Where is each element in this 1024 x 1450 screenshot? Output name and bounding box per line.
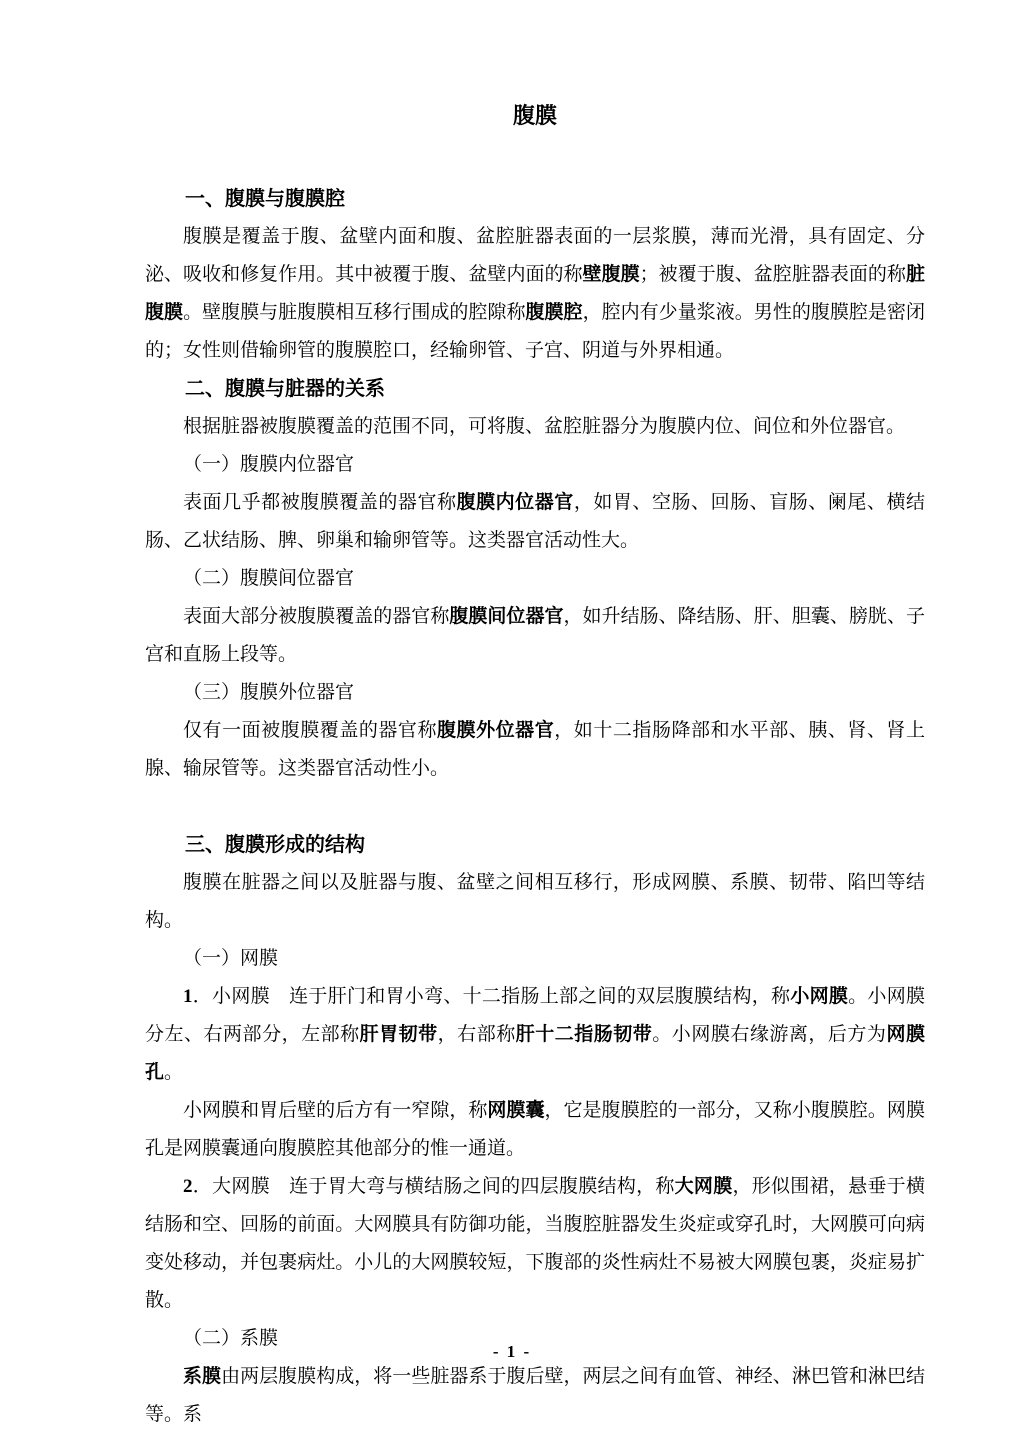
bold-term: 腹膜内位器官 [457, 492, 574, 513]
paragraph: 小网膜和胃后壁的后方有一窄隙，称网膜囊，它是腹膜腔的一部分，又称小腹膜腔。网膜孔… [145, 1092, 925, 1168]
bold-term: 壁腹膜 [583, 264, 640, 285]
bold-term: 腹膜间位器官 [449, 606, 563, 627]
bold-term: 腹膜外位器官 [437, 720, 554, 741]
bold-term: 小网膜 [790, 986, 848, 1007]
text-run: 。壁腹膜与脏腹膜相互移行围成的腔隙称 [183, 302, 525, 323]
text-run: 腹膜在脏器之间以及脏器与腹、盆壁之间相互移行，形成网膜、系膜、韧带、陷凹等结构。 [145, 872, 925, 931]
bold-term: 二、腹膜与脏器的关系 [185, 378, 385, 400]
paragraph: （三）腹膜外位器官 [145, 674, 925, 712]
paragraph: 表面几乎都被腹膜覆盖的器官称腹膜内位器官，如胃、空肠、回肠、盲肠、阑尾、横结肠、… [145, 484, 925, 560]
text-run: 。小网膜右缘游离，后方为 [652, 1024, 886, 1045]
bold-term: 一、腹膜与腹膜腔 [185, 188, 345, 210]
bold-term: 1 [183, 986, 193, 1007]
blank-line [145, 142, 925, 180]
text-run: （一）腹膜内位器官 [183, 454, 354, 475]
doc-title: 腹膜 [145, 97, 925, 135]
bold-term: 大网膜 [675, 1176, 733, 1197]
bold-term: 肝胃韧带 [360, 1024, 438, 1045]
bold-term: 肝十二指肠韧带 [516, 1024, 653, 1045]
section-heading: 二、腹膜与脏器的关系 [145, 370, 925, 408]
paragraph: 2．大网膜 连于胃大弯与横结肠之间的四层腹膜结构，称大网膜，形似围裙，悬垂于横结… [145, 1168, 925, 1320]
text-run: 。 [164, 1062, 183, 1083]
blank-line [145, 788, 925, 826]
section-heading: 三、腹膜形成的结构 [145, 826, 925, 864]
paragraph: （二）腹膜间位器官 [145, 560, 925, 598]
bold-term: 三、腹膜形成的结构 [185, 834, 365, 856]
paragraph: 根据脏器被腹膜覆盖的范围不同，可将腹、盆腔脏器分为腹膜内位、间位和外位器官。 [145, 408, 925, 446]
text-run: （二）腹膜间位器官 [183, 568, 354, 589]
text-run: 表面几乎都被腹膜覆盖的器官称 [183, 492, 457, 513]
text-run: （一）网膜 [183, 948, 278, 969]
document-body: 腹膜一、腹膜与腹膜腔腹膜是覆盖于腹、盆壁内面和腹、盆腔脏器表面的一层浆膜，薄而光… [145, 97, 925, 1434]
document-page: 腹膜一、腹膜与腹膜腔腹膜是覆盖于腹、盆壁内面和腹、盆腔脏器表面的一层浆膜，薄而光… [0, 0, 1024, 1450]
text-run: 根据脏器被腹膜覆盖的范围不同，可将腹、盆腔脏器分为腹膜内位、间位和外位器官。 [183, 416, 905, 437]
paragraph: 仅有一面被腹膜覆盖的器官称腹膜外位器官，如十二指肠降部和水平部、胰、肾、肾上腺、… [145, 712, 925, 788]
paragraph: （一）网膜 [145, 940, 925, 978]
bold-term: 腹膜腔 [526, 302, 583, 323]
bold-term: 2 [183, 1176, 193, 1197]
page-number: - 1 - [0, 1342, 1024, 1362]
text-run: 由两层腹膜构成，将一些脏器系于腹后壁，两层之间有血管、神经、淋巴管和淋巴结等。系 [145, 1366, 925, 1425]
paragraph: （一）腹膜内位器官 [145, 446, 925, 484]
text-run: ．小网膜 连于肝门和胃小弯、十二指肠上部之间的双层腹膜结构，称 [193, 986, 791, 1007]
section-heading: 一、腹膜与腹膜腔 [145, 180, 925, 218]
bold-term: 腹膜 [513, 103, 557, 128]
text-run: 仅有一面被腹膜覆盖的器官称 [183, 720, 437, 741]
bold-term: 系膜 [183, 1366, 221, 1387]
text-run: ；被覆于腹、盆腔脏器表面的称 [640, 264, 906, 285]
text-run: 表面大部分被腹膜覆盖的器官称 [183, 606, 449, 627]
paragraph: 腹膜是覆盖于腹、盆壁内面和腹、盆腔脏器表面的一层浆膜，薄而光滑，具有固定、分泌、… [145, 218, 925, 370]
text-run: ，右部称 [438, 1024, 516, 1045]
text-run: （三）腹膜外位器官 [183, 682, 354, 703]
text-run: ．大网膜 连于胃大弯与横结肠之间的四层腹膜结构，称 [193, 1176, 675, 1197]
bold-term: 网膜囊 [487, 1100, 544, 1121]
paragraph: 1．小网膜 连于肝门和胃小弯、十二指肠上部之间的双层腹膜结构，称小网膜。小网膜分… [145, 978, 925, 1092]
text-run: 小网膜和胃后壁的后方有一窄隙，称 [183, 1100, 487, 1121]
paragraph: 表面大部分被腹膜覆盖的器官称腹膜间位器官，如升结肠、降结肠、肝、胆囊、膀胱、子宫… [145, 598, 925, 674]
paragraph: 腹膜在脏器之间以及脏器与腹、盆壁之间相互移行，形成网膜、系膜、韧带、陷凹等结构。 [145, 864, 925, 940]
paragraph: 系膜由两层腹膜构成，将一些脏器系于腹后壁，两层之间有血管、神经、淋巴管和淋巴结等… [145, 1358, 925, 1434]
